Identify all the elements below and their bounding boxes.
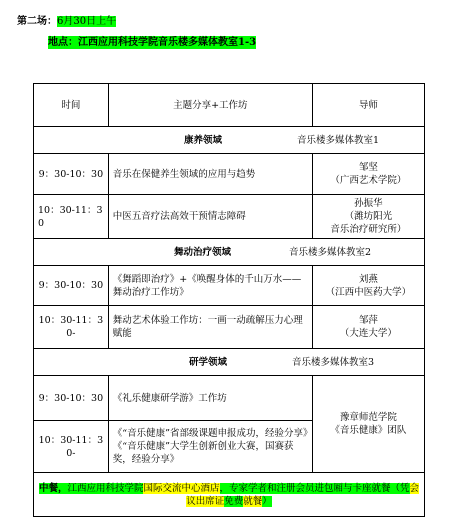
row-time: 9：30-10：30 [34, 154, 109, 195]
mentor-affiliation: （广西艺术学院） [317, 174, 420, 187]
row-mentor: 邹坚 （广西艺术学院） [312, 154, 424, 195]
mentor-name: 豫章师范学院 [317, 411, 420, 424]
mentor-affiliation: （大连大学） [317, 327, 420, 340]
row-mentor: 孙振华 （潍坊阳光 音乐治疗研究所） [312, 195, 424, 239]
row-time: 9：30-10：30 [34, 376, 109, 421]
row-mentor: 刘燕 （江西中医药大学） [312, 266, 424, 306]
mentor-affiliation: 《音乐健康》团队 [317, 424, 420, 437]
topic-line: 《“音乐健康”大学生创新创业大赛，国赛获奖，经验分享》 [113, 440, 308, 466]
row-mentor-shared: 豫章师范学院 《音乐健康》团队 [312, 376, 424, 473]
session-location: 地点：江西应用科技学院音乐楼多媒体教室1-3 [48, 36, 256, 49]
row-topic: 《“音乐健康”省部级课题申报成功，经验分享》 《“音乐健康”大学生创新创业大赛，… [108, 421, 312, 473]
section-header-row: 研学领域 音乐楼多媒体教室3 [34, 349, 425, 376]
lunch-row: 中餐，江西应用科技学院国际交流中心酒店，专家学者和注册会员进包厢与卡座就餐（凭会… [34, 473, 425, 517]
mentor-name: 邹萍 [317, 314, 420, 327]
row-topic: 中医五音疗法高效干预情志障碍 [108, 195, 312, 239]
table-row: 10：30-11：30 中医五音疗法高效干预情志障碍 孙振华 （潍坊阳光 音乐治… [34, 195, 425, 239]
table-row: 10：30-11：30- 舞动艺术体验工作坊：一画一动疏解压力心理赋能 邹萍 （… [34, 306, 425, 349]
section-room: 音乐楼多媒体教室3 [292, 356, 374, 369]
header-mentor: 导师 [312, 84, 424, 127]
mentor-affiliation: 音乐治疗研究所） [317, 223, 420, 236]
session-label: 第二场： [17, 16, 57, 27]
section-title: 舞动治疗领域 [174, 246, 231, 259]
row-mentor: 邹萍 （大连大学） [312, 306, 424, 349]
row-time: 9：30-10：30 [34, 266, 109, 306]
section-header-row: 康养领域 音乐楼多媒体教室1 [34, 127, 425, 154]
lunch-close: ） [262, 496, 272, 507]
mentor-affiliation: （潍坊阳光 [317, 210, 420, 223]
mentor-name: 刘燕 [317, 273, 420, 286]
row-topic: 舞动艺术体验工作坊：一画一动疏解压力心理赋能 [108, 306, 312, 349]
lunch-info: 中餐，江西应用科技学院国际交流中心酒店，专家学者和注册会员进包厢与卡座就餐（凭会… [34, 473, 425, 517]
lunch-venue-hotel: 国际交流中心酒店 [143, 483, 219, 494]
session-heading: 第二场：6月30日上午 [17, 15, 116, 28]
row-topic: 《礼乐健康研学游》工作坊 [108, 376, 312, 421]
topic-line: 《“音乐健康”省部级课题申报成功，经验分享》 [113, 427, 308, 440]
mentor-affiliation: （江西中医药大学） [317, 286, 420, 299]
row-time: 10：30-11：30- [34, 306, 109, 349]
lunch-label: 中餐， [39, 483, 68, 494]
row-topic: 《舞蹈即治疗》+《唤醒身体的千山万水——舞动治疗工作坊》 [108, 266, 312, 306]
section-room: 音乐楼多媒体教室1 [297, 134, 379, 147]
table-row: 9：30-10：30 《礼乐健康研学游》工作坊 豫章师范学院 《音乐健康》团队 [34, 376, 425, 421]
mentor-name: 孙振华 [317, 197, 420, 210]
table-row: 9：30-10：30 音乐在保健养生领域的应用与趋势 邹坚 （广西艺术学院） [34, 154, 425, 195]
row-topic: 音乐在保健养生领域的应用与趋势 [108, 154, 312, 195]
lunch-venue-school: 江西应用科技学院 [67, 483, 143, 494]
row-time: 10：30-11：30- [34, 421, 109, 473]
row-time: 10：30-11：30 [34, 195, 109, 239]
lunch-free: 免费 [224, 496, 243, 507]
lunch-dine: 就餐 [243, 496, 262, 507]
lunch-note: ，专家学者和注册会员进包厢与卡座就餐（凭 [220, 483, 410, 494]
header-time: 时间 [34, 84, 109, 127]
session-date: 6月30日上午 [57, 16, 116, 27]
table-row: 9：30-10：30 《舞蹈即治疗》+《唤醒身体的千山万水——舞动治疗工作坊》 … [34, 266, 425, 306]
section-header-row: 舞动治疗领域 音乐楼多媒体教室2 [34, 239, 425, 266]
mentor-name: 邹坚 [317, 161, 420, 174]
header-topic: 主题分享+工作坊 [108, 84, 312, 127]
section-title: 研学领域 [189, 356, 227, 369]
table-header-row: 时间 主题分享+工作坊 导师 [34, 84, 425, 127]
schedule-table: 时间 主题分享+工作坊 导师 康养领域 音乐楼多媒体教室1 9：30-10：30… [33, 83, 425, 517]
section-title: 康养领域 [184, 134, 222, 147]
section-room: 音乐楼多媒体教室2 [289, 246, 371, 259]
